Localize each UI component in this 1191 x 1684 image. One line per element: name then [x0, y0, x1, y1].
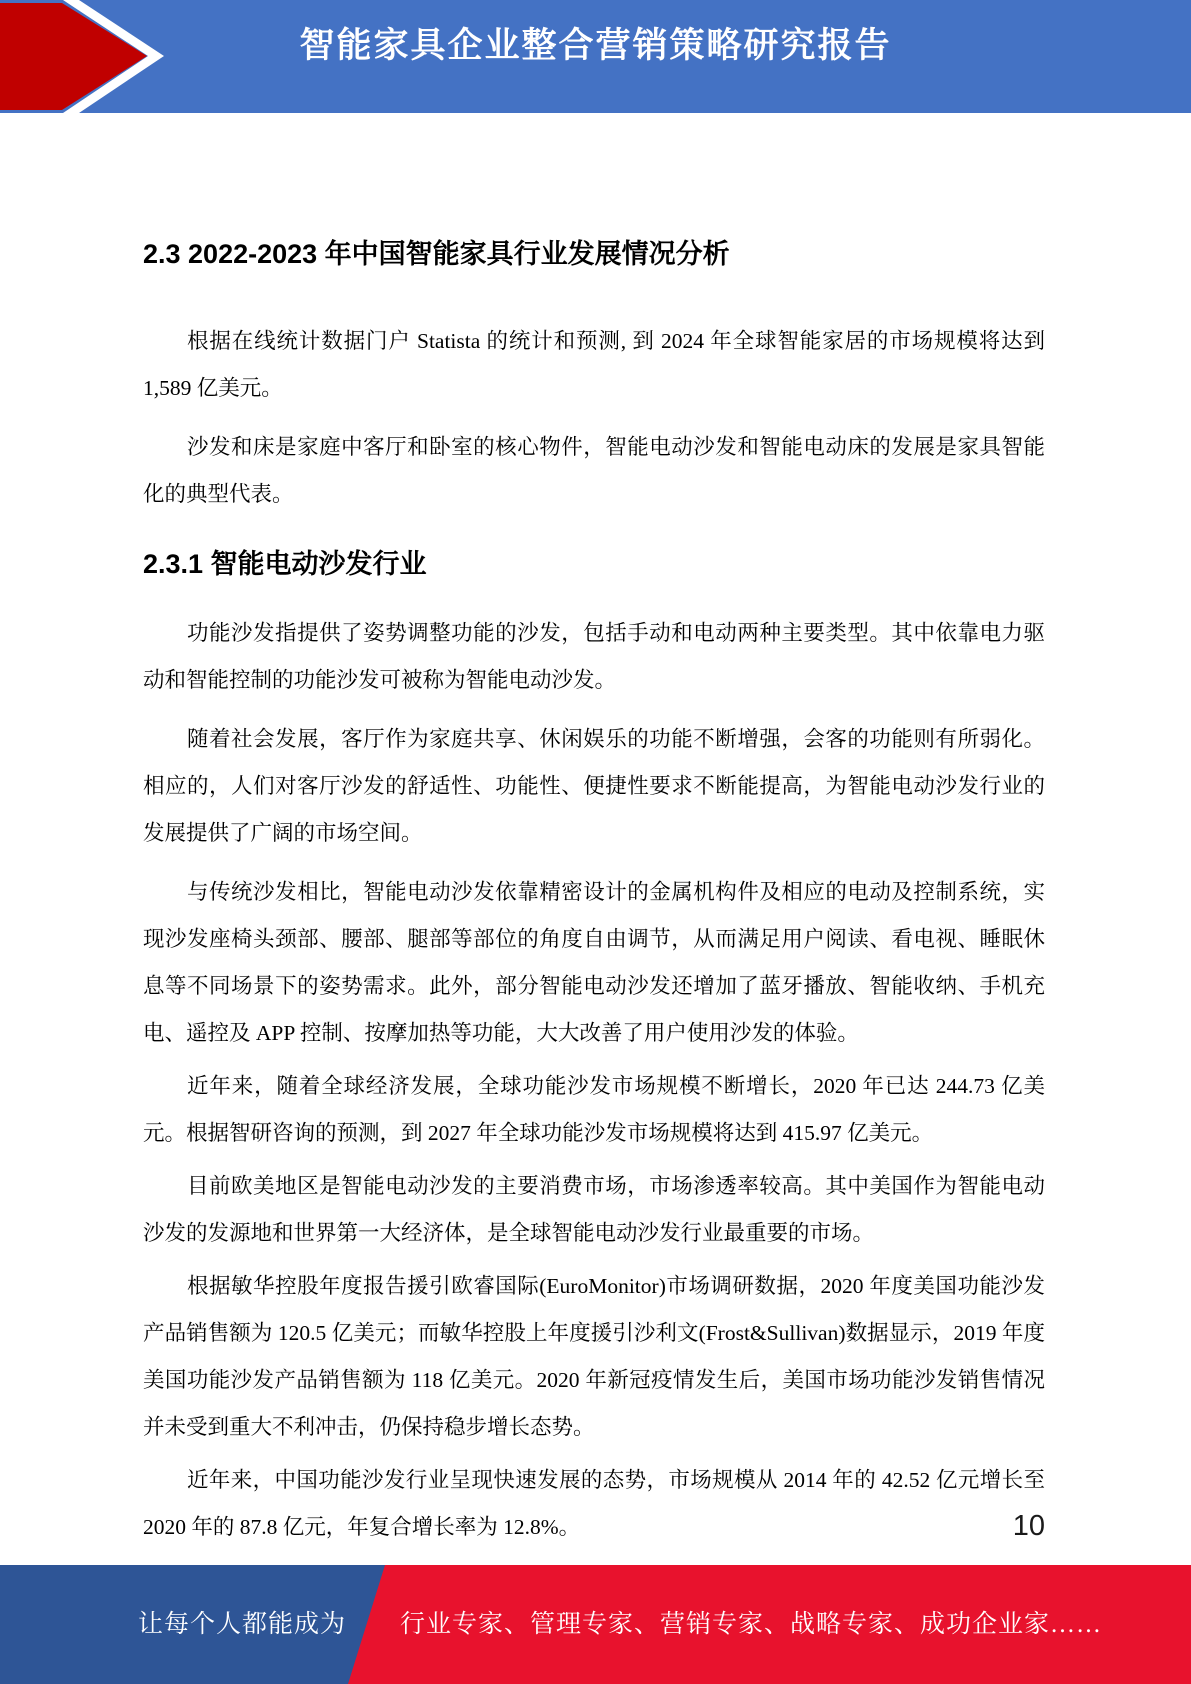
- footer-banner: 让每个人都能成为 行业专家、管理专家、营销专家、战略专家、成功企业家……: [0, 1565, 1191, 1684]
- document-body: 2.3 2022-2023 年中国智能家具行业发展情况分析 根据在线统计数据门户…: [0, 113, 1191, 1551]
- section-heading: 2.3 2022-2023 年中国智能家具行业发展情况分析: [143, 234, 1045, 274]
- paragraph: 目前欧美地区是智能电动沙发的主要消费市场，市场渗透率较高。其中美国作为智能电动沙…: [143, 1163, 1045, 1257]
- content-column: 2.3 2022-2023 年中国智能家具行业发展情况分析 根据在线统计数据门户…: [143, 234, 1045, 1551]
- report-page: { "header": { "title": "智能家具企业整合营销策略研究报告…: [0, 0, 1191, 1684]
- paragraph: 与传统沙发相比，智能电动沙发依靠精密设计的金属机构件及相应的电动及控制系统，实现…: [143, 869, 1045, 1057]
- header-banner: 智能家具企业整合营销策略研究报告: [0, 0, 1191, 113]
- paragraph: 近年来，随着全球经济发展，全球功能沙发市场规模不断增长，2020 年已达 244…: [143, 1063, 1045, 1157]
- paragraph: 功能沙发指提供了姿势调整功能的沙发，包括手动和电动两种主要类型。其中依靠电力驱动…: [143, 610, 1045, 704]
- paragraph: 随着社会发展，客厅作为家庭共享、休闲娱乐的功能不断增强，会客的功能则有所弱化。相…: [143, 716, 1045, 857]
- paragraph: 根据在线统计数据门户 Statista 的统计和预测, 到 2024 年全球智能…: [143, 318, 1045, 412]
- page-number: 10: [1013, 1510, 1045, 1543]
- paragraph: 近年来，中国功能沙发行业呈现快速发展的态势，市场规模从 2014 年的 42.5…: [143, 1457, 1045, 1551]
- paragraph: 沙发和床是家庭中客厅和卧室的核心物件，智能电动沙发和智能电动床的发展是家具智能化…: [143, 424, 1045, 518]
- subsection-heading: 2.3.1 智能电动沙发行业: [143, 544, 1045, 584]
- footer-slogan-right: 行业专家、管理专家、营销专家、战略专家、成功企业家……: [400, 1565, 1102, 1684]
- footer-slogan-left: 让每个人都能成为: [138, 1565, 346, 1684]
- report-title: 智能家具企业整合营销策略研究报告: [0, 0, 1191, 92]
- paragraph: 根据敏华控股年度报告援引欧睿国际(EuroMonitor)市场调研数据，2020…: [143, 1263, 1045, 1451]
